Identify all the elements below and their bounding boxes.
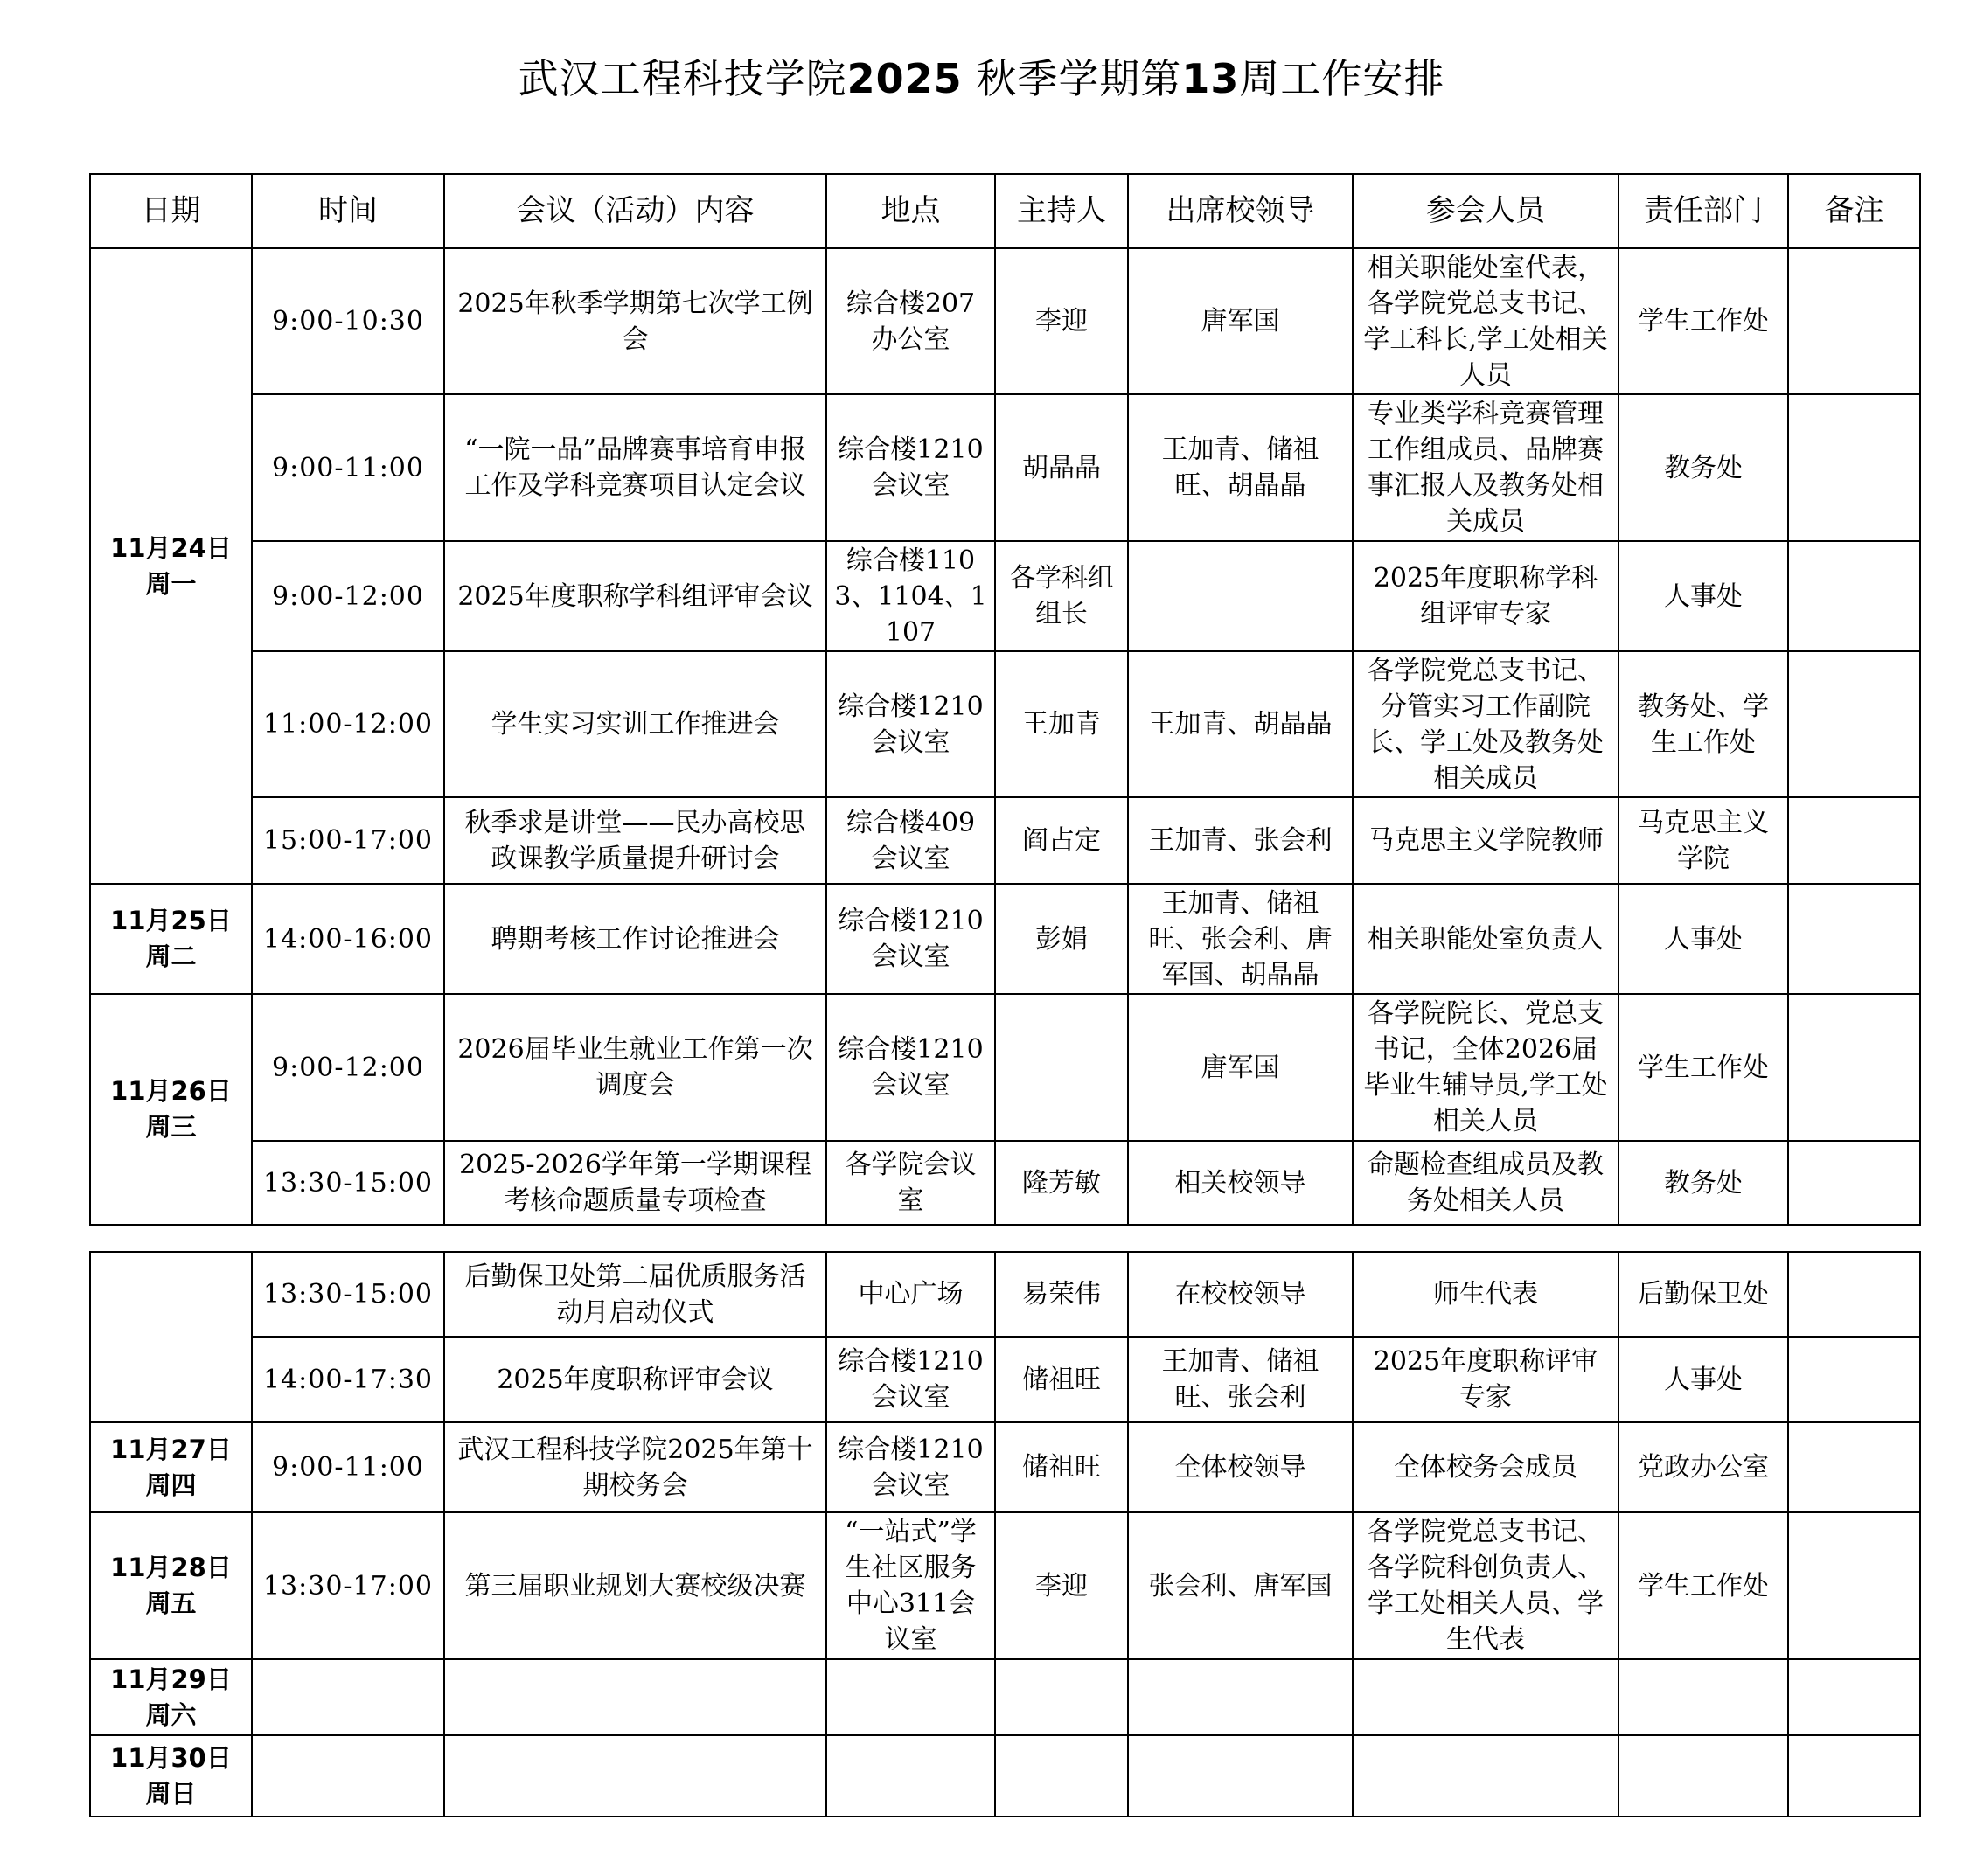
- leaders-cell: 王加青、张会利: [1128, 797, 1353, 884]
- location-cell: 综合楼1103、1104、1107: [826, 541, 995, 651]
- leaders-cell: 唐军国: [1128, 994, 1353, 1141]
- date-label: 11月29日: [110, 1664, 232, 1694]
- attendees-cell: 各学院党总支书记、分管实习工作副院长、学工处及教务处相关成员: [1353, 651, 1618, 797]
- weekday-label: 周一: [145, 569, 196, 599]
- location-cell: 中心广场: [826, 1252, 995, 1337]
- leaders-cell: 唐军国: [1128, 248, 1353, 394]
- host-cell: [995, 1659, 1128, 1735]
- date-cell: 11月27日周四: [90, 1422, 252, 1512]
- note-cell: [1788, 248, 1920, 394]
- date-label: 11月25日: [110, 906, 232, 935]
- date-cell: 11月28日周五: [90, 1512, 252, 1659]
- time-cell: 13:30-17:00: [252, 1512, 444, 1659]
- location-cell: 综合楼207办公室: [826, 248, 995, 394]
- note-cell: [1788, 884, 1920, 994]
- table-row: 9:00-11:00 “一院一品”品牌赛事培育申报工作及学科竞赛项目认定会议 综…: [90, 394, 1920, 541]
- leaders-cell: [1128, 1735, 1353, 1817]
- attendees-cell: 马克思主义学院教师: [1353, 797, 1618, 884]
- dept-cell: 学生工作处: [1618, 248, 1788, 394]
- content-cell: 第三届职业规划大赛校级决赛: [444, 1512, 826, 1659]
- note-cell: [1788, 1337, 1920, 1422]
- location-cell: 综合楼1210会议室: [826, 651, 995, 797]
- attendees-cell: [1353, 1659, 1618, 1735]
- host-cell: 李迎: [995, 1512, 1128, 1659]
- time-cell: 9:00-12:00: [252, 994, 444, 1141]
- attendees-cell: 全体校务会成员: [1353, 1422, 1618, 1512]
- weekday-label: 周三: [145, 1112, 196, 1142]
- attendees-cell: 各学院党总支书记、各学院科创负责人、学工处相关人员、学生代表: [1353, 1512, 1618, 1659]
- table-row: 15:00-17:00 秋季求是讲堂——民办高校思政课教学质量提升研讨会 综合楼…: [90, 797, 1920, 884]
- page-title: 武汉工程科技学院2025 秋季学期第13周工作安排: [0, 51, 1963, 107]
- content-cell: 2025-2026学年第一学期课程考核命题质量专项检查: [444, 1141, 826, 1225]
- time-cell: 13:30-15:00: [252, 1252, 444, 1337]
- weekday-label: 周日: [145, 1779, 196, 1809]
- date-cell-continued: [90, 1252, 252, 1422]
- attendees-cell: 师生代表: [1353, 1252, 1618, 1337]
- note-cell: [1788, 1659, 1920, 1735]
- host-cell: [995, 994, 1128, 1141]
- attendees-cell: 各学院院长、党总支书记，全体2026届毕业生辅导员,学工处相关人员: [1353, 994, 1618, 1141]
- dept-cell: 后勤保卫处: [1618, 1252, 1788, 1337]
- header-attendees: 参会人员: [1353, 174, 1618, 248]
- title-week: 13: [1181, 55, 1239, 102]
- note-cell: [1788, 797, 1920, 884]
- note-cell: [1788, 1141, 1920, 1225]
- content-cell: [444, 1735, 826, 1817]
- content-cell: 2025年度职称评审会议: [444, 1337, 826, 1422]
- host-cell: 易荣伟: [995, 1252, 1128, 1337]
- time-cell: 15:00-17:00: [252, 797, 444, 884]
- dept-cell: 人事处: [1618, 1337, 1788, 1422]
- time-cell: 9:00-12:00: [252, 541, 444, 651]
- dept-cell: 党政办公室: [1618, 1422, 1788, 1512]
- dept-cell: 教务处: [1618, 394, 1788, 541]
- dept-cell: 学生工作处: [1618, 994, 1788, 1141]
- dept-cell: [1618, 1659, 1788, 1735]
- content-cell: 秋季求是讲堂——民办高校思政课教学质量提升研讨会: [444, 797, 826, 884]
- content-cell: 后勤保卫处第二届优质服务活动月启动仪式: [444, 1252, 826, 1337]
- content-cell: 学生实习实训工作推进会: [444, 651, 826, 797]
- attendees-cell: 2025年度职称学科组评审专家: [1353, 541, 1618, 651]
- table-row: 11月28日周五 13:30-17:00 第三届职业规划大赛校级决赛 “一站式”…: [90, 1512, 1920, 1659]
- time-cell: 11:00-12:00: [252, 651, 444, 797]
- content-cell: [444, 1659, 826, 1735]
- date-cell: 11月26日周三: [90, 994, 252, 1225]
- title-year: 2025: [847, 55, 963, 102]
- note-cell: [1788, 394, 1920, 541]
- content-cell: “一院一品”品牌赛事培育申报工作及学科竞赛项目认定会议: [444, 394, 826, 541]
- schedule-table-page1: 日期 时间 会议（活动）内容 地点 主持人 出席校领导 参会人员 责任部门 备注…: [89, 173, 1921, 1226]
- table-row: 13:30-15:00 2025-2026学年第一学期课程考核命题质量专项检查 …: [90, 1141, 1920, 1225]
- location-cell: 综合楼1210会议室: [826, 1337, 995, 1422]
- time-cell: 13:30-15:00: [252, 1141, 444, 1225]
- title-school: 武汉工程科技学院: [519, 55, 847, 102]
- host-cell: 王加青: [995, 651, 1128, 797]
- title-suffix: 周工作安排: [1239, 55, 1444, 102]
- date-cell: 11月25日周二: [90, 884, 252, 994]
- host-cell: 李迎: [995, 248, 1128, 394]
- location-cell: 综合楼1210会议室: [826, 1422, 995, 1512]
- header-note: 备注: [1788, 174, 1920, 248]
- attendees-cell: 命题检查组成员及教务处相关人员: [1353, 1141, 1618, 1225]
- dept-cell: 学生工作处: [1618, 1512, 1788, 1659]
- date-cell: 11月29日周六: [90, 1659, 252, 1735]
- note-cell: [1788, 541, 1920, 651]
- attendees-cell: [1353, 1735, 1618, 1817]
- schedule-table-page2: 13:30-15:00 后勤保卫处第二届优质服务活动月启动仪式 中心广场 易荣伟…: [89, 1251, 1921, 1817]
- location-cell: [826, 1659, 995, 1735]
- weekday-label: 周四: [145, 1470, 196, 1500]
- time-cell: [252, 1735, 444, 1817]
- table-row: 11月27日周四 9:00-11:00 武汉工程科技学院2025年第十期校务会 …: [90, 1422, 1920, 1512]
- date-label: 11月28日: [110, 1553, 232, 1582]
- date-label: 11月26日: [110, 1076, 232, 1106]
- table-row: 9:00-12:00 2025年度职称学科组评审会议 综合楼1103、1104、…: [90, 541, 1920, 651]
- host-cell: 彭娟: [995, 884, 1128, 994]
- title-term: 秋季学期第: [976, 55, 1181, 102]
- host-cell: 胡晶晶: [995, 394, 1128, 541]
- content-cell: 2026届毕业生就业工作第一次调度会: [444, 994, 826, 1141]
- location-cell: 综合楼1210会议室: [826, 394, 995, 541]
- note-cell: [1788, 1735, 1920, 1817]
- date-cell: 11月30日周日: [90, 1735, 252, 1817]
- header-content: 会议（活动）内容: [444, 174, 826, 248]
- leaders-cell: [1128, 1659, 1353, 1735]
- leaders-cell: 相关校领导: [1128, 1141, 1353, 1225]
- host-cell: [995, 1735, 1128, 1817]
- location-cell: “一站式”学生社区服务中心311会议室: [826, 1512, 995, 1659]
- host-cell: 储祖旺: [995, 1422, 1128, 1512]
- date-cell: 11月24日周一: [90, 248, 252, 884]
- time-cell: 14:00-16:00: [252, 884, 444, 994]
- time-cell: 9:00-11:00: [252, 1422, 444, 1512]
- note-cell: [1788, 1512, 1920, 1659]
- time-cell: [252, 1659, 444, 1735]
- leaders-cell: 全体校领导: [1128, 1422, 1353, 1512]
- weekday-label: 周二: [145, 941, 196, 971]
- leaders-cell: 王加青、胡晶晶: [1128, 651, 1353, 797]
- location-cell: 综合楼409会议室: [826, 797, 995, 884]
- header-leaders: 出席校领导: [1128, 174, 1353, 248]
- content-cell: 武汉工程科技学院2025年第十期校务会: [444, 1422, 826, 1512]
- header-location: 地点: [826, 174, 995, 248]
- header-time: 时间: [252, 174, 444, 248]
- host-cell: 阎占定: [995, 797, 1128, 884]
- table-row: 14:00-17:30 2025年度职称评审会议 综合楼1210会议室 储祖旺 …: [90, 1337, 1920, 1422]
- note-cell: [1788, 1252, 1920, 1337]
- host-cell: 隆芳敏: [995, 1141, 1128, 1225]
- attendees-cell: 相关职能处室负责人: [1353, 884, 1618, 994]
- date-label: 11月24日: [110, 533, 232, 563]
- dept-cell: 人事处: [1618, 541, 1788, 651]
- date-label: 11月27日: [110, 1435, 232, 1464]
- attendees-cell: 相关职能处室代表，各学院党总支书记、学工科长,学工处相关人员: [1353, 248, 1618, 394]
- leaders-cell: [1128, 541, 1353, 651]
- header-row: 日期 时间 会议（活动）内容 地点 主持人 出席校领导 参会人员 责任部门 备注: [90, 174, 1920, 248]
- location-cell: 各学院会议室: [826, 1141, 995, 1225]
- table-row-empty: 11月29日周六: [90, 1659, 1920, 1735]
- leaders-cell: 张会利、唐军国: [1128, 1512, 1353, 1659]
- header-dept: 责任部门: [1618, 174, 1788, 248]
- note-cell: [1788, 994, 1920, 1141]
- date-label: 11月30日: [110, 1743, 232, 1773]
- table-row: 13:30-15:00 后勤保卫处第二届优质服务活动月启动仪式 中心广场 易荣伟…: [90, 1252, 1920, 1337]
- time-cell: 14:00-17:30: [252, 1337, 444, 1422]
- dept-cell: 教务处: [1618, 1141, 1788, 1225]
- dept-cell: [1618, 1735, 1788, 1817]
- host-cell: 各学科组组长: [995, 541, 1128, 651]
- leaders-cell: 王加青、储祖旺、张会利、唐军国、胡晶晶: [1128, 884, 1353, 994]
- attendees-cell: 专业类学科竞赛管理工作组成员、品牌赛事汇报人及教务处相关成员: [1353, 394, 1618, 541]
- header-date: 日期: [90, 174, 252, 248]
- dept-cell: 教务处、学生工作处: [1618, 651, 1788, 797]
- location-cell: [826, 1735, 995, 1817]
- time-cell: 9:00-11:00: [252, 394, 444, 541]
- table-row: 11:00-12:00 学生实习实训工作推进会 综合楼1210会议室 王加青 王…: [90, 651, 1920, 797]
- leaders-cell: 在校校领导: [1128, 1252, 1353, 1337]
- dept-cell: 人事处: [1618, 884, 1788, 994]
- time-cell: 9:00-10:30: [252, 248, 444, 394]
- weekday-label: 周五: [145, 1588, 196, 1618]
- table-row-empty: 11月30日周日: [90, 1735, 1920, 1817]
- content-cell: 2025年秋季学期第七次学工例会: [444, 248, 826, 394]
- table-row: 11月26日周三 9:00-12:00 2026届毕业生就业工作第一次调度会 综…: [90, 994, 1920, 1141]
- location-cell: 综合楼1210会议室: [826, 884, 995, 994]
- header-host: 主持人: [995, 174, 1128, 248]
- weekday-label: 周六: [145, 1700, 196, 1730]
- table-row: 11月24日周一 9:00-10:30 2025年秋季学期第七次学工例会 综合楼…: [90, 248, 1920, 394]
- content-cell: 聘期考核工作讨论推进会: [444, 884, 826, 994]
- content-cell: 2025年度职称学科组评审会议: [444, 541, 826, 651]
- leaders-cell: 王加青、储祖旺、胡晶晶: [1128, 394, 1353, 541]
- note-cell: [1788, 651, 1920, 797]
- location-cell: 综合楼1210会议室: [826, 994, 995, 1141]
- dept-cell: 马克思主义学院: [1618, 797, 1788, 884]
- leaders-cell: 王加青、储祖旺、张会利: [1128, 1337, 1353, 1422]
- table-row: 11月25日周二 14:00-16:00 聘期考核工作讨论推进会 综合楼1210…: [90, 884, 1920, 994]
- attendees-cell: 2025年度职称评审专家: [1353, 1337, 1618, 1422]
- host-cell: 储祖旺: [995, 1337, 1128, 1422]
- note-cell: [1788, 1422, 1920, 1512]
